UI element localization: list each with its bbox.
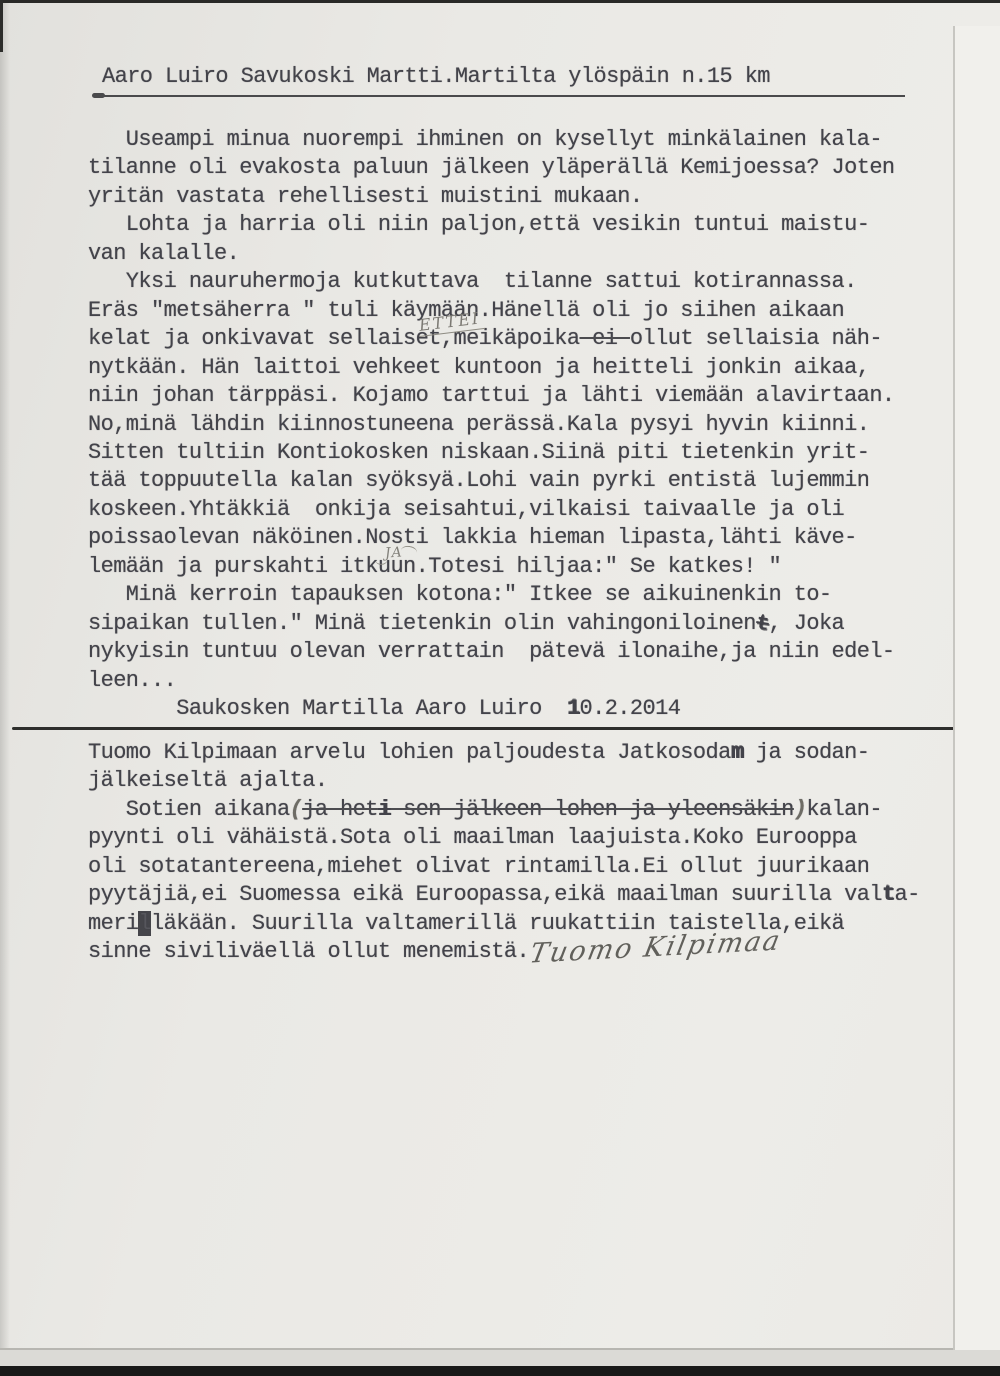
typewritten-line: Minä kerroin tapauksen kotona:" Itkee se… — [88, 581, 895, 609]
text-segment: tää toppuutella kalan syöksyä.Lohi vain … — [88, 468, 869, 493]
text-segment: oli sotatantereena,miehet olivat rintami… — [88, 854, 869, 879]
page-title: Aaro Luiro Savukoski Martti.Martilta ylö… — [102, 64, 770, 89]
typewritten-line: Yksi nauruhermoja kutkuttava tilanne sat… — [88, 268, 895, 296]
text-segment: , Joka — [769, 611, 845, 636]
text-segment: koskeen.Yhtäkkiä onkija seisahtui,vilkai… — [88, 497, 844, 522]
text-segment: jälkeiseltä ajalta. — [88, 768, 327, 793]
typewritten-line: oli sotatantereena,miehet olivat rintami… — [88, 853, 920, 881]
typewritten-line: Sitten tultiin Kontiokosken niskaan.Siin… — [88, 439, 895, 467]
section-divider-line — [12, 727, 987, 730]
text-segment: lemään ja purskahti itkuun.Totesi hiljaa… — [88, 554, 781, 579]
correction-mark-over: 1 — [567, 696, 580, 721]
typewritten-line: pyytäjiä,ei Suomessa eikä Euroopassa,eik… — [88, 881, 920, 909]
typewritten-line: Lohta ja harria oli niin paljon,että ves… — [88, 211, 895, 239]
text-segment: niin johan tärppäsi. Kojamo tarttui ja l… — [88, 383, 895, 408]
text-segment: Saukosken Martilla Aaro Luiro — [88, 696, 567, 721]
typewritten-line: niin johan tärppäsi. Kojamo tarttui ja l… — [88, 382, 895, 410]
text-segment: leen... — [88, 668, 176, 693]
typewritten-line: Eräs "metsäherra " tuli käymään.Hänellä … — [88, 297, 895, 325]
scanned-page: Aaro Luiro Savukoski Martti.Martilta ylö… — [0, 0, 1000, 1376]
typewritten-line: merilläkään. Suurilla valtamerillä ruuka… — [88, 910, 920, 938]
correction-mark-pencil: ( — [290, 797, 303, 822]
handwritten-ja-insert-annotation: JA — [384, 544, 403, 561]
scan-edge-top — [0, 0, 1000, 3]
typewritten-line: jälkeiseltä ajalta. — [88, 767, 920, 795]
title-underline — [95, 95, 905, 97]
correction-mark-over: m — [731, 740, 744, 765]
typewritten-line: tilanne oli evakosta paluun jälkeen yläp… — [88, 154, 895, 182]
typewritten-line: Useampi minua nuorempi ihminen on kysell… — [88, 126, 895, 154]
typewritten-line: nytkään. Hän laittoi vehkeet kuntoon ja … — [88, 354, 895, 382]
text-segment: ollut sellaisia näh- — [630, 326, 882, 351]
text-segment: Useampi minua nuorempi ihminen on kysell… — [88, 127, 882, 152]
text-segment: sinne siviliväellä ollut menemistä. — [88, 939, 529, 964]
text-segment: kalan- — [806, 797, 882, 822]
correction-mark-strike-over: i — [378, 797, 391, 822]
typewritten-line: nykyisin tuntuu olevan verrattain pätevä… — [88, 638, 895, 666]
text-segment: Lohta ja harria oli niin paljon,että ves… — [88, 212, 869, 237]
section-kilpimaa-note: Tuomo Kilpimaan arvelu lohien paljoudest… — [88, 739, 920, 967]
typewritten-line: No,minä lähdin kiinnostuneena perässä.Ka… — [88, 411, 895, 439]
correction-mark-strike: sen jälkeen lohen ja yleensäkin — [390, 797, 793, 822]
typewritten-line: tää toppuutella kalan syöksyä.Lohi vain … — [88, 467, 895, 495]
typewritten-line: van kalalle. — [88, 240, 895, 268]
under-sheet-strip — [0, 1350, 1000, 1366]
typewritten-line: leen... — [88, 667, 895, 695]
text-segment: tilanne oli evakosta paluun jälkeen yläp… — [88, 155, 895, 180]
typewritten-line: Saukosken Martilla Aaro Luiro 10.2.2014 — [88, 695, 895, 723]
scan-edge-bottom — [0, 1366, 1000, 1376]
text-segment: nykyisin tuntuu olevan verrattain pätevä… — [88, 639, 895, 664]
text-segment: Sotien aikana — [88, 797, 290, 822]
text-segment: a- — [895, 882, 920, 907]
text-segment: poissaolevan näköinen.Nosti lakkia hiema… — [88, 525, 857, 550]
typewritten-line: pyynti oli vähäistä.Sota oli maailman la… — [88, 824, 920, 852]
text-segment: kelat ja onkivavat sellaiset,meikäpoika — [88, 326, 579, 351]
adjacent-sheet-edge — [953, 26, 1000, 1352]
text-segment: yritän vastata rehellisesti muistini muk… — [88, 184, 643, 209]
typewritten-line: sipaikan tullen." Minä tietenkin olin va… — [88, 610, 895, 638]
text-segment: No,minä lähdin kiinnostuneena perässä.Ka… — [88, 412, 869, 437]
scan-corner-mark — [0, 0, 3, 52]
section-memoir: Useampi minua nuorempi ihminen on kysell… — [88, 126, 895, 724]
text-segment: pyytäjiä,ei Suomessa eikä Euroopassa,eik… — [88, 882, 882, 907]
typewritten-line: yritän vastata rehellisesti muistini muk… — [88, 183, 895, 211]
typewritten-line: sinne siviliväellä ollut menemistä. — [88, 938, 920, 966]
correction-mark-strike: ja het — [302, 797, 378, 822]
text-segment: sipaikan tullen." Minä tietenkin olin va… — [88, 611, 756, 636]
typewritten-line: poissaolevan näköinen.Nosti lakkia hiema… — [88, 524, 895, 552]
correction-mark-strike: ei — [579, 326, 629, 351]
text-segment: meri — [88, 911, 138, 936]
correction-mark-blot: l — [138, 911, 151, 936]
typewritten-line: koskeen.Yhtäkkiä onkija seisahtui,vilkai… — [88, 496, 895, 524]
text-segment: nytkään. Hän laittoi vehkeet kuntoon ja … — [88, 355, 869, 380]
text-segment: 0.2.2014 — [580, 696, 681, 721]
typewritten-line: Sotien aikana(ja heti sen jälkeen lohen … — [88, 796, 920, 824]
text-segment: Sitten tultiin Kontiokosken niskaan.Siin… — [88, 440, 869, 465]
correction-mark-pencil: ) — [794, 797, 807, 822]
text-segment: van kalalle. — [88, 241, 239, 266]
typewritten-line: lemään ja purskahti itkuun.Totesi hiljaa… — [88, 553, 895, 581]
text-segment: Yksi nauruhermoja kutkuttava tilanne sat… — [88, 269, 857, 294]
scan-left-shade — [0, 0, 10, 1352]
text-segment: ja sodan- — [743, 740, 869, 765]
typewritten-line: kelat ja onkivavat sellaiset,meikäpoika … — [88, 325, 895, 353]
text-segment: Minä kerroin tapauksen kotona:" Itkee se… — [88, 582, 832, 607]
correction-mark-over: t — [882, 882, 895, 907]
text-segment: Tuomo Kilpimaan arvelu lohien paljoudest… — [88, 740, 731, 765]
text-segment: pyynti oli vähäistä.Sota oli maailman la… — [88, 825, 857, 850]
paper-sheet: Aaro Luiro Savukoski Martti.Martilta ylö… — [0, 0, 1000, 1352]
typewritten-line: Tuomo Kilpimaan arvelu lohien paljoudest… — [88, 739, 920, 767]
